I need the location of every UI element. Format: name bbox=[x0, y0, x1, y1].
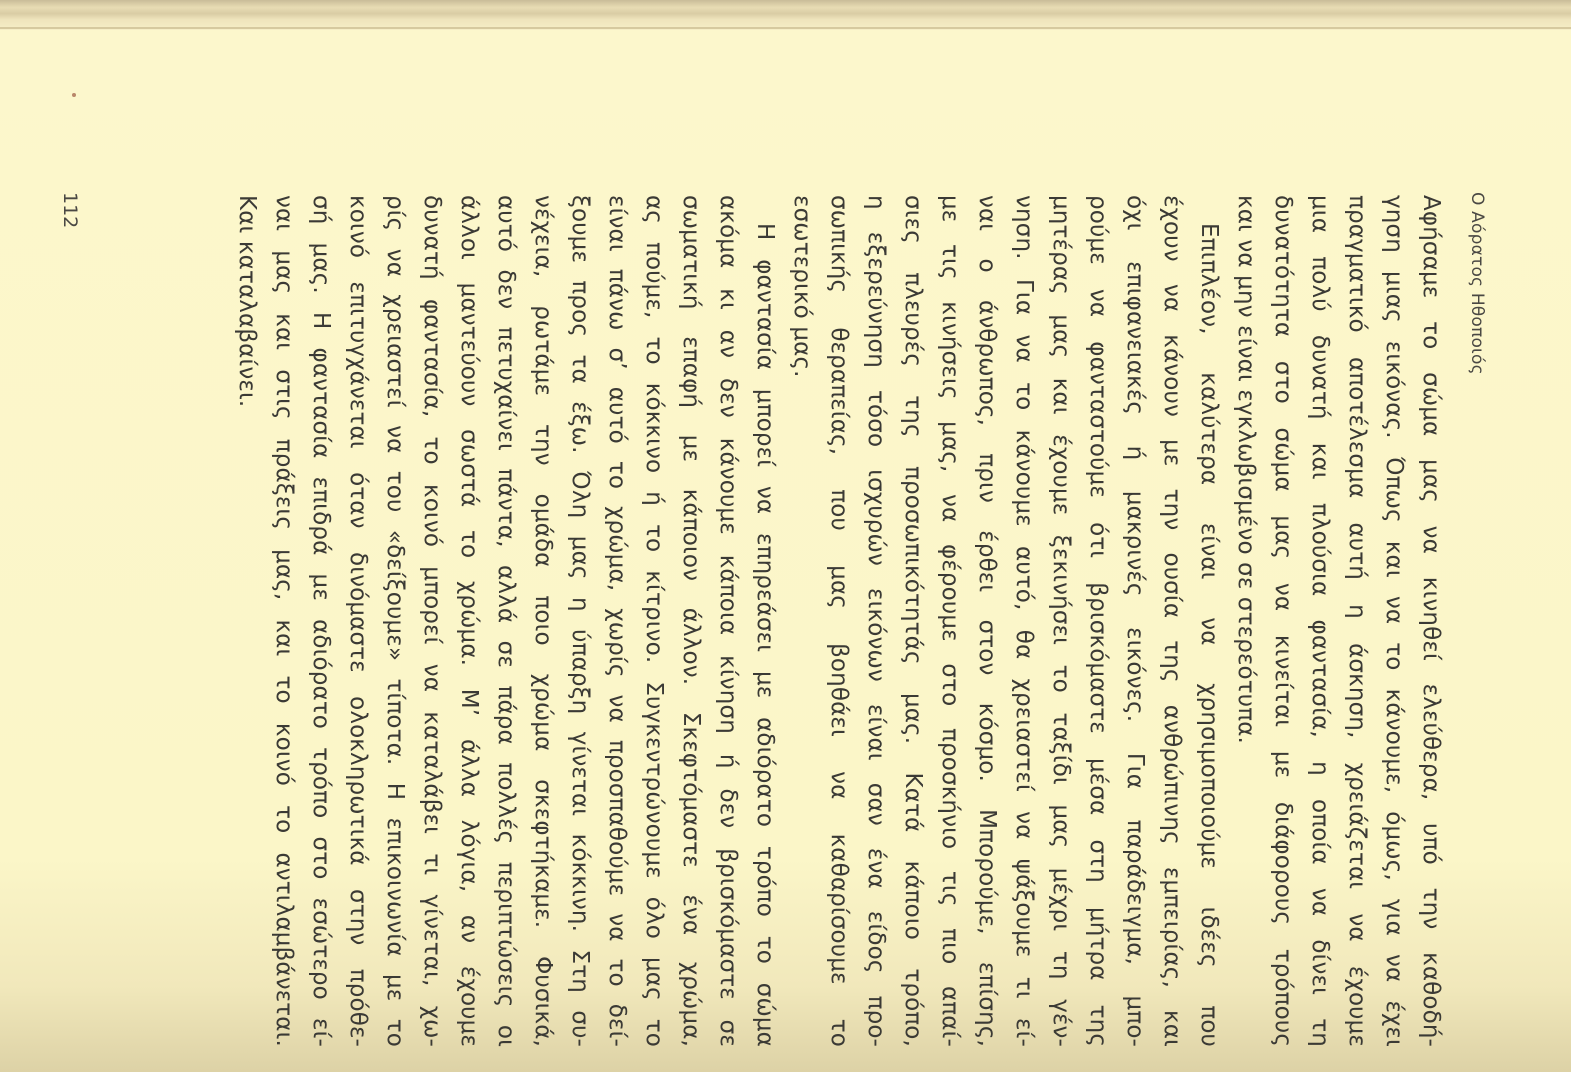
text-line: είναι πάνω σ’ αυτό το χρώμα, χωρίς να πρ… bbox=[598, 195, 635, 1047]
text-line: πραγματικό αποτέλεσμα αυτή η άσκηση, χρε… bbox=[1338, 195, 1375, 1047]
text-line: ξουμε προς τα έξω. Όλη μας η ύπαρξη γίνε… bbox=[561, 195, 598, 1047]
text-line: σωπικής θεραπείας, που μας βοηθάει να κα… bbox=[820, 195, 857, 1047]
text-line: ας πούμε, το κόκκινο ή το κίτρινο. Συγκε… bbox=[635, 195, 672, 1047]
paragraph-2: Επιπλέον, καλύτερα είναι να χρησιμοποιού… bbox=[783, 195, 1227, 1047]
text-line: ναι ο άνθρωπος, πριν έρθει στον κόσμο. Μ… bbox=[968, 195, 1005, 1047]
text-line: αυτό δεν πετυχαίνει πάντα, αλλά σε πάρα … bbox=[487, 195, 524, 1047]
text-line: Αφήσαμε το σώμα μας να κινηθεί ελεύθερα,… bbox=[1412, 195, 1449, 1047]
text-line: και να μην είναι εγκλωβισμένο σε στερεότ… bbox=[1227, 195, 1264, 1047]
text-line: σωματική επαφή με κάποιον άλλον. Σκεφτόμ… bbox=[672, 195, 709, 1047]
page-number: 112 bbox=[59, 192, 81, 228]
text-line: με τις κινήσεις μας, να φέρουμε στο προσ… bbox=[931, 195, 968, 1047]
text-line: νέχεια, ρωτάμε την ομάδα ποιο χρώμα σκεφ… bbox=[524, 195, 561, 1047]
text-line: ρίς να χρειαστεί να του «δείξουμε» τίποτ… bbox=[376, 195, 413, 1047]
text-line: ακόμα κι αν δεν κάνουμε κάποια κίνηση ή … bbox=[709, 195, 746, 1047]
text-line: σιες πλευρές της προσωπικότητάς μας. Κατ… bbox=[894, 195, 931, 1047]
paragraph-1: Αφήσαμε το σώμα μας να κινηθεί ελεύθερα,… bbox=[1227, 195, 1449, 1047]
text-line: γηση μιας εικόνας. Όπως και να το κάνουμ… bbox=[1375, 195, 1412, 1047]
text-line: κοινό επιτυγχάνεται όταν δινόμαστε ολοκλ… bbox=[339, 195, 376, 1047]
text-line: Επιπλέον, καλύτερα είναι να χρησιμοποιού… bbox=[1190, 195, 1227, 1047]
text-line: νηση. Για να το κάνουμε αυτό, θα χρειαστ… bbox=[1005, 195, 1042, 1047]
text-line: δυνατότητα στο σώμα μας να κινείται με δ… bbox=[1264, 195, 1301, 1047]
text-line: ρούμε να φανταστούμε ότι βρισκόμαστε μέσ… bbox=[1079, 195, 1116, 1047]
text-line: δυνατή φαντασία, το κοινό μπορεί να κατα… bbox=[413, 195, 450, 1047]
book-page: Ο Αόρατος Ηθοποιός Αφήσαμε το σώμα μας ν… bbox=[0, 0, 1571, 1072]
paragraph-3: Η φαντασία μπορεί να επηρεάσει με αδιόρα… bbox=[228, 195, 783, 1047]
running-head: Ο Αόρατος Ηθοποιός bbox=[1467, 192, 1487, 375]
text-line: Και καταλαβαίνει. bbox=[228, 195, 265, 1047]
text-line: άλλοι μαντεύουν σωστά το χρώμα. Μ’ άλλα … bbox=[450, 195, 487, 1047]
text-line: όχι επιφανειακές ή μακρινές εικόνες. Για… bbox=[1116, 195, 1153, 1047]
body-text: Αφήσαμε το σώμα μας να κινηθεί ελεύθερα,… bbox=[228, 195, 1449, 1047]
text-line: έχουν να κάνουν με την ουσία της ανθρώπι… bbox=[1153, 195, 1190, 1047]
text-line: μια πολύ δυνατή και πλούσια φαντασία, η … bbox=[1301, 195, 1338, 1047]
text-line: ναι μας και στις πράξεις μας, και το κοι… bbox=[265, 195, 302, 1047]
text-line: μητέρας μας και έχουμε ξεκινήσει το ταξί… bbox=[1042, 195, 1079, 1047]
text-line: η εξερεύνηση τόσο ισχυρών εικόνων είναι … bbox=[857, 195, 894, 1047]
text-line: σή μας. Η φαντασία επιδρά με αδιόρατο τρ… bbox=[302, 195, 339, 1047]
text-line: Η φαντασία μπορεί να επηρεάσει με αδιόρα… bbox=[746, 195, 783, 1047]
text-line: εσωτερικό μας. bbox=[783, 195, 820, 1047]
